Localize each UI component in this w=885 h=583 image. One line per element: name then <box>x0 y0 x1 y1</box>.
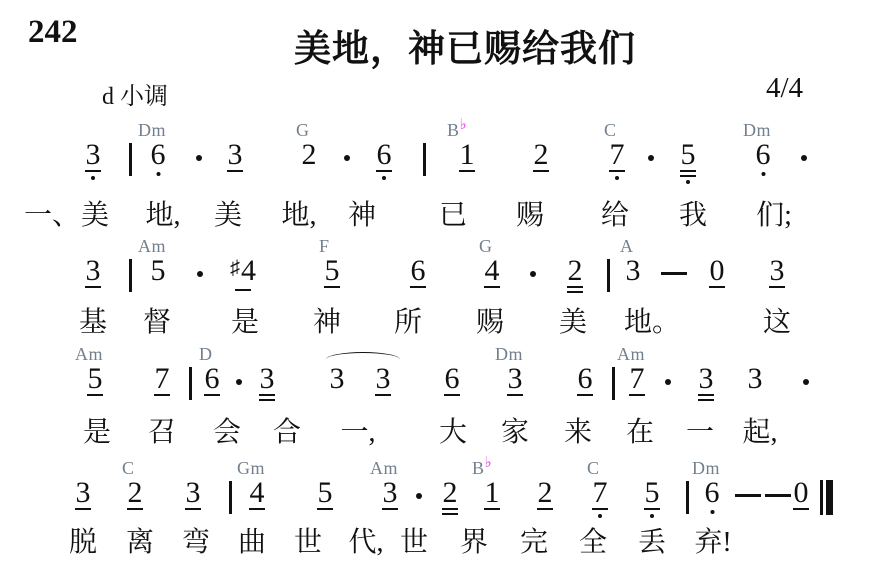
note-digit: 1 <box>485 476 500 509</box>
duration-dash <box>735 494 761 497</box>
note-digit: 2 <box>538 476 553 509</box>
note: 2 <box>537 480 553 510</box>
note: 3 <box>769 258 785 288</box>
note: 6 <box>410 258 426 288</box>
note-digit: 7 <box>593 476 608 509</box>
chord-label: A <box>620 236 634 257</box>
duration-underline <box>698 399 714 401</box>
note: 4 <box>249 480 265 510</box>
note-digit: 2 <box>443 476 458 509</box>
note-row: 3 <box>748 366 763 392</box>
chord-label: D <box>199 344 213 365</box>
lyric-syllable: 代, <box>348 520 383 560</box>
note: 2 <box>567 258 583 293</box>
augmentation-dot-icon <box>196 155 202 161</box>
note-row: 2 <box>567 258 583 284</box>
note: 1 <box>459 142 475 172</box>
low-octave-dot-icon <box>382 176 386 180</box>
final-barline-thin <box>820 480 823 515</box>
augmentation-dot-icon <box>197 271 203 277</box>
flat-accidental-icon: ♭ <box>485 455 493 471</box>
lyric-syllable: 召 <box>148 410 176 450</box>
note: 6 <box>444 366 460 396</box>
lyric-syllable: 界 <box>460 520 488 560</box>
duration-underline <box>259 399 275 401</box>
note-digit: 6 <box>151 138 166 171</box>
note-digit: 4 <box>485 254 500 287</box>
flat-accidental-icon: ♭ <box>460 117 468 133</box>
note: 2 <box>442 480 458 515</box>
note-row: 1 <box>459 142 475 168</box>
lyric-syllable: 丢 <box>638 520 666 560</box>
note-digit: 6 <box>705 476 720 509</box>
note-row: 6 <box>410 258 426 284</box>
note-digit: 5 <box>325 254 340 287</box>
chord-label: Am <box>370 458 398 479</box>
note-row: 5 <box>324 258 340 284</box>
final-barline-thick <box>826 480 833 515</box>
note: 5 <box>324 258 340 288</box>
lyric-syllable: 基 <box>79 300 107 340</box>
note-digit: 1 <box>460 138 475 171</box>
low-octave-dot-icon <box>710 510 714 514</box>
note: 3 <box>626 258 641 284</box>
chord-label: Dm <box>138 120 166 141</box>
note: 7 <box>609 142 625 180</box>
augmentation-dot-icon <box>236 379 242 385</box>
note-row: 3 <box>185 480 201 506</box>
note-row: 3 <box>330 366 345 392</box>
note: 1 <box>484 480 500 510</box>
note-row: 3 <box>698 366 714 392</box>
lyric-syllable: 美 <box>559 300 587 340</box>
hymn-title: 美地，神已赐给我们 <box>294 18 636 72</box>
augmentation-dot-icon <box>344 155 350 161</box>
note-digit: 3 <box>260 362 275 395</box>
note: 2 <box>127 480 143 510</box>
note: 7 <box>629 366 645 396</box>
lyric-syllable: 我 <box>679 193 707 233</box>
lyric-syllable: 给 <box>601 193 629 233</box>
key-signature: d 小调 <box>102 76 168 111</box>
verse-marker: 一、 <box>24 193 80 233</box>
note-digit: 6 <box>578 362 593 395</box>
lyric-syllable: 世 <box>294 520 322 560</box>
note-row: 1 <box>484 480 500 506</box>
lyric-syllable: 脱 <box>69 520 97 560</box>
low-octave-dot-icon <box>156 172 160 176</box>
lyric-syllable: 已 <box>439 193 467 233</box>
chord-label: Am <box>75 344 103 365</box>
note-row: 3 <box>507 366 523 392</box>
chord-label: C <box>604 120 617 141</box>
barline <box>423 143 426 176</box>
lyric-syllable: 弃! <box>694 520 731 560</box>
rest-note: 0 <box>709 258 725 288</box>
lyric-syllable: 会 <box>213 410 241 450</box>
note-row: 2 <box>537 480 553 506</box>
chord-label: G <box>296 120 310 141</box>
note-digit: 0 <box>710 254 725 287</box>
note-row: 3 <box>85 258 101 284</box>
lyric-syllable: 美 <box>214 193 242 233</box>
chord-root: B <box>447 120 460 140</box>
lyric-syllable: 地, <box>145 193 180 233</box>
lyric-syllable: 神 <box>313 300 341 340</box>
lyric-syllable: 合 <box>273 410 301 450</box>
note-row: 5 <box>87 366 103 392</box>
note-row: 6 <box>204 366 220 392</box>
chord-label: B♭ <box>472 458 492 479</box>
lyric-syllable: 所 <box>394 300 422 340</box>
note-digit: 4 <box>250 476 265 509</box>
duration-dash <box>661 272 687 275</box>
low-octave-dot-icon <box>650 514 654 518</box>
duration-underline <box>442 513 458 515</box>
note-digit: 3 <box>508 362 523 395</box>
lyric-syllable: 全 <box>579 520 607 560</box>
note: 3 <box>507 366 523 396</box>
rest-note: 0 <box>793 480 809 510</box>
lyric-syllable: 在 <box>626 410 654 450</box>
lyric-syllable: 这 <box>763 300 791 340</box>
lyric-syllable: 督 <box>143 300 171 340</box>
chord-label: Dm <box>692 458 720 479</box>
note-row: 6 <box>756 142 771 168</box>
note: 5 <box>317 480 333 510</box>
chord-label: Am <box>617 344 645 365</box>
chord-label: Dm <box>743 120 771 141</box>
note-digit: 2 <box>302 138 317 171</box>
note-row: 0 <box>709 258 725 284</box>
note-row: 6 <box>151 142 166 168</box>
lyric-syllable: 家 <box>501 410 529 450</box>
note-digit: 0 <box>794 476 809 509</box>
augmentation-dot-icon <box>416 493 422 499</box>
note-row: 2 <box>533 142 549 168</box>
chord-label: Dm <box>495 344 523 365</box>
low-octave-dot-icon <box>761 172 765 176</box>
note-row: 5 <box>317 480 333 506</box>
note: 3 <box>382 480 398 510</box>
note-digit: 3 <box>186 476 201 509</box>
augmentation-dot-icon <box>530 271 536 277</box>
note-digit: 3 <box>86 138 101 171</box>
note: 3 <box>185 480 201 510</box>
note-digit: 3 <box>76 476 91 509</box>
note: 2 <box>302 142 317 168</box>
barline <box>612 367 615 400</box>
lyric-syllable: 地。 <box>624 300 680 340</box>
note-row: 4 <box>484 258 500 284</box>
augmentation-dot-icon <box>803 379 809 385</box>
duration-underline <box>567 291 583 293</box>
lyric-syllable: 美 <box>81 193 109 233</box>
note: 3 <box>259 366 275 401</box>
note: 6 <box>756 142 771 176</box>
lyric-syllable: 弯 <box>182 520 210 560</box>
low-octave-dot-icon <box>686 180 690 184</box>
note-digit: 7 <box>610 138 625 171</box>
note-row: 3 <box>75 480 91 506</box>
augmentation-dot-icon <box>801 155 807 161</box>
low-octave-dot-icon <box>91 176 95 180</box>
duration-underline <box>235 289 251 291</box>
note-digit: 3 <box>86 254 101 287</box>
note-row: 7 <box>592 480 608 506</box>
note: 6 <box>376 142 392 180</box>
note-row: 5 <box>644 480 660 506</box>
note-row: 5 <box>151 258 166 284</box>
hymn-number: 242 <box>28 14 78 51</box>
note-row: 6 <box>444 366 460 392</box>
note-digit: 3 <box>383 476 398 509</box>
note-digit: 3 <box>626 254 641 287</box>
note-row: 6 <box>376 142 392 168</box>
chord-label: F <box>319 236 330 257</box>
note: 3 <box>748 366 763 392</box>
note: 5 <box>151 258 166 284</box>
chord-label: C <box>122 458 135 479</box>
note: 3 <box>698 366 714 401</box>
hymn-sheet: 242 美地，神已赐给我们 d 小调 4/4 36Dm32G61B♭27C56D… <box>0 0 885 583</box>
note-digit: 7 <box>630 362 645 395</box>
note-row: 3 <box>769 258 785 284</box>
lyric-syllable: 赐 <box>476 300 504 340</box>
barline <box>607 259 610 292</box>
note: 2 <box>533 142 549 172</box>
chord-root: B <box>472 458 485 478</box>
note-digit: 6 <box>411 254 426 287</box>
lyric-syllable: 是 <box>231 300 259 340</box>
note-row: 3 <box>382 480 398 506</box>
lyric-syllable: 大 <box>439 410 467 450</box>
lyric-syllable: 神 <box>348 193 376 233</box>
note-digit: 3 <box>748 362 763 395</box>
lyric-syllable: 世 <box>400 520 428 560</box>
note-digit: 5 <box>151 254 166 287</box>
lyric-syllable: 们; <box>756 193 792 233</box>
chord-label: Gm <box>237 458 265 479</box>
lyric-syllable: 离 <box>126 520 154 560</box>
duration-underline <box>680 175 696 177</box>
note: 3 <box>85 142 101 180</box>
barline <box>129 259 132 292</box>
lyric-syllable: 赐 <box>516 193 544 233</box>
barline <box>189 367 192 400</box>
barline <box>129 143 132 176</box>
note-digit: 3 <box>228 138 243 171</box>
note-digit: 6 <box>756 138 771 171</box>
note: 3 <box>75 480 91 510</box>
note-row: 3 <box>85 142 101 168</box>
note-digit: 6 <box>205 362 220 395</box>
duration-dash <box>765 494 791 497</box>
note-row: 7 <box>629 366 645 392</box>
note: 7 <box>154 366 170 396</box>
note-row: 6 <box>705 480 720 506</box>
note-digit: 5 <box>88 362 103 395</box>
lyric-syllable: 曲 <box>238 520 266 560</box>
low-octave-dot-icon <box>615 176 619 180</box>
note: 3 <box>85 258 101 288</box>
note: 6 <box>151 142 166 176</box>
lyric-syllable: 来 <box>564 410 592 450</box>
note-digit: 4 <box>241 254 256 287</box>
note: 5 <box>680 142 696 184</box>
note: 6 <box>705 480 720 514</box>
barline <box>686 481 689 514</box>
note: 3 <box>330 366 345 392</box>
note-row: 2 <box>302 142 317 168</box>
lyric-syllable: 一, <box>340 410 375 450</box>
lyric-syllable: 地, <box>281 193 316 233</box>
chord-label: Am <box>138 236 166 257</box>
note: 7 <box>592 480 608 518</box>
note: 4 <box>484 258 500 288</box>
note-digit: 2 <box>128 476 143 509</box>
note-digit: 5 <box>645 476 660 509</box>
lyric-syllable: 是 <box>83 410 111 450</box>
barline <box>229 481 232 514</box>
note-row: 4 <box>249 480 265 506</box>
chord-label: C <box>587 458 600 479</box>
lyric-syllable: 起, <box>742 410 777 450</box>
note: 6 <box>577 366 593 396</box>
note: 5 <box>644 480 660 518</box>
tie-arc-icon <box>326 352 400 367</box>
note: 6 <box>204 366 220 396</box>
note-digit: 6 <box>445 362 460 395</box>
chord-label: B♭ <box>447 120 467 141</box>
final-barline <box>820 480 833 515</box>
note-row: ♯4 <box>230 258 256 287</box>
note-row: 3 <box>227 142 243 168</box>
note-row: 3 <box>259 366 275 392</box>
note-row: 7 <box>154 366 170 392</box>
note: 3 <box>375 366 391 396</box>
note: 5 <box>87 366 103 396</box>
note-digit: 2 <box>568 254 583 287</box>
note-row: 7 <box>609 142 625 168</box>
lyric-syllable: 一 <box>686 410 714 450</box>
note-row: 3 <box>375 366 391 392</box>
note-row: 2 <box>442 480 458 506</box>
lyric-syllable: 完 <box>520 520 548 560</box>
note-digit: 7 <box>155 362 170 395</box>
note: 3 <box>227 142 243 172</box>
note-row: 0 <box>793 480 809 506</box>
augmentation-dot-icon <box>665 379 671 385</box>
note-row: 6 <box>577 366 593 392</box>
note-digit: 5 <box>681 138 696 171</box>
note: ♯4 <box>230 258 256 291</box>
note-digit: 6 <box>377 138 392 171</box>
note-digit: 3 <box>699 362 714 395</box>
note-row: 2 <box>127 480 143 506</box>
augmentation-dot-icon <box>648 155 654 161</box>
time-signature: 4/4 <box>766 72 803 105</box>
note-row: 5 <box>680 142 696 168</box>
note-digit: 3 <box>770 254 785 287</box>
low-octave-dot-icon <box>598 514 602 518</box>
note-digit: 5 <box>318 476 333 509</box>
note-row: 3 <box>626 258 641 284</box>
chord-label: G <box>479 236 493 257</box>
sharp-accidental-icon: ♯ <box>230 257 240 279</box>
note-digit: 2 <box>534 138 549 171</box>
